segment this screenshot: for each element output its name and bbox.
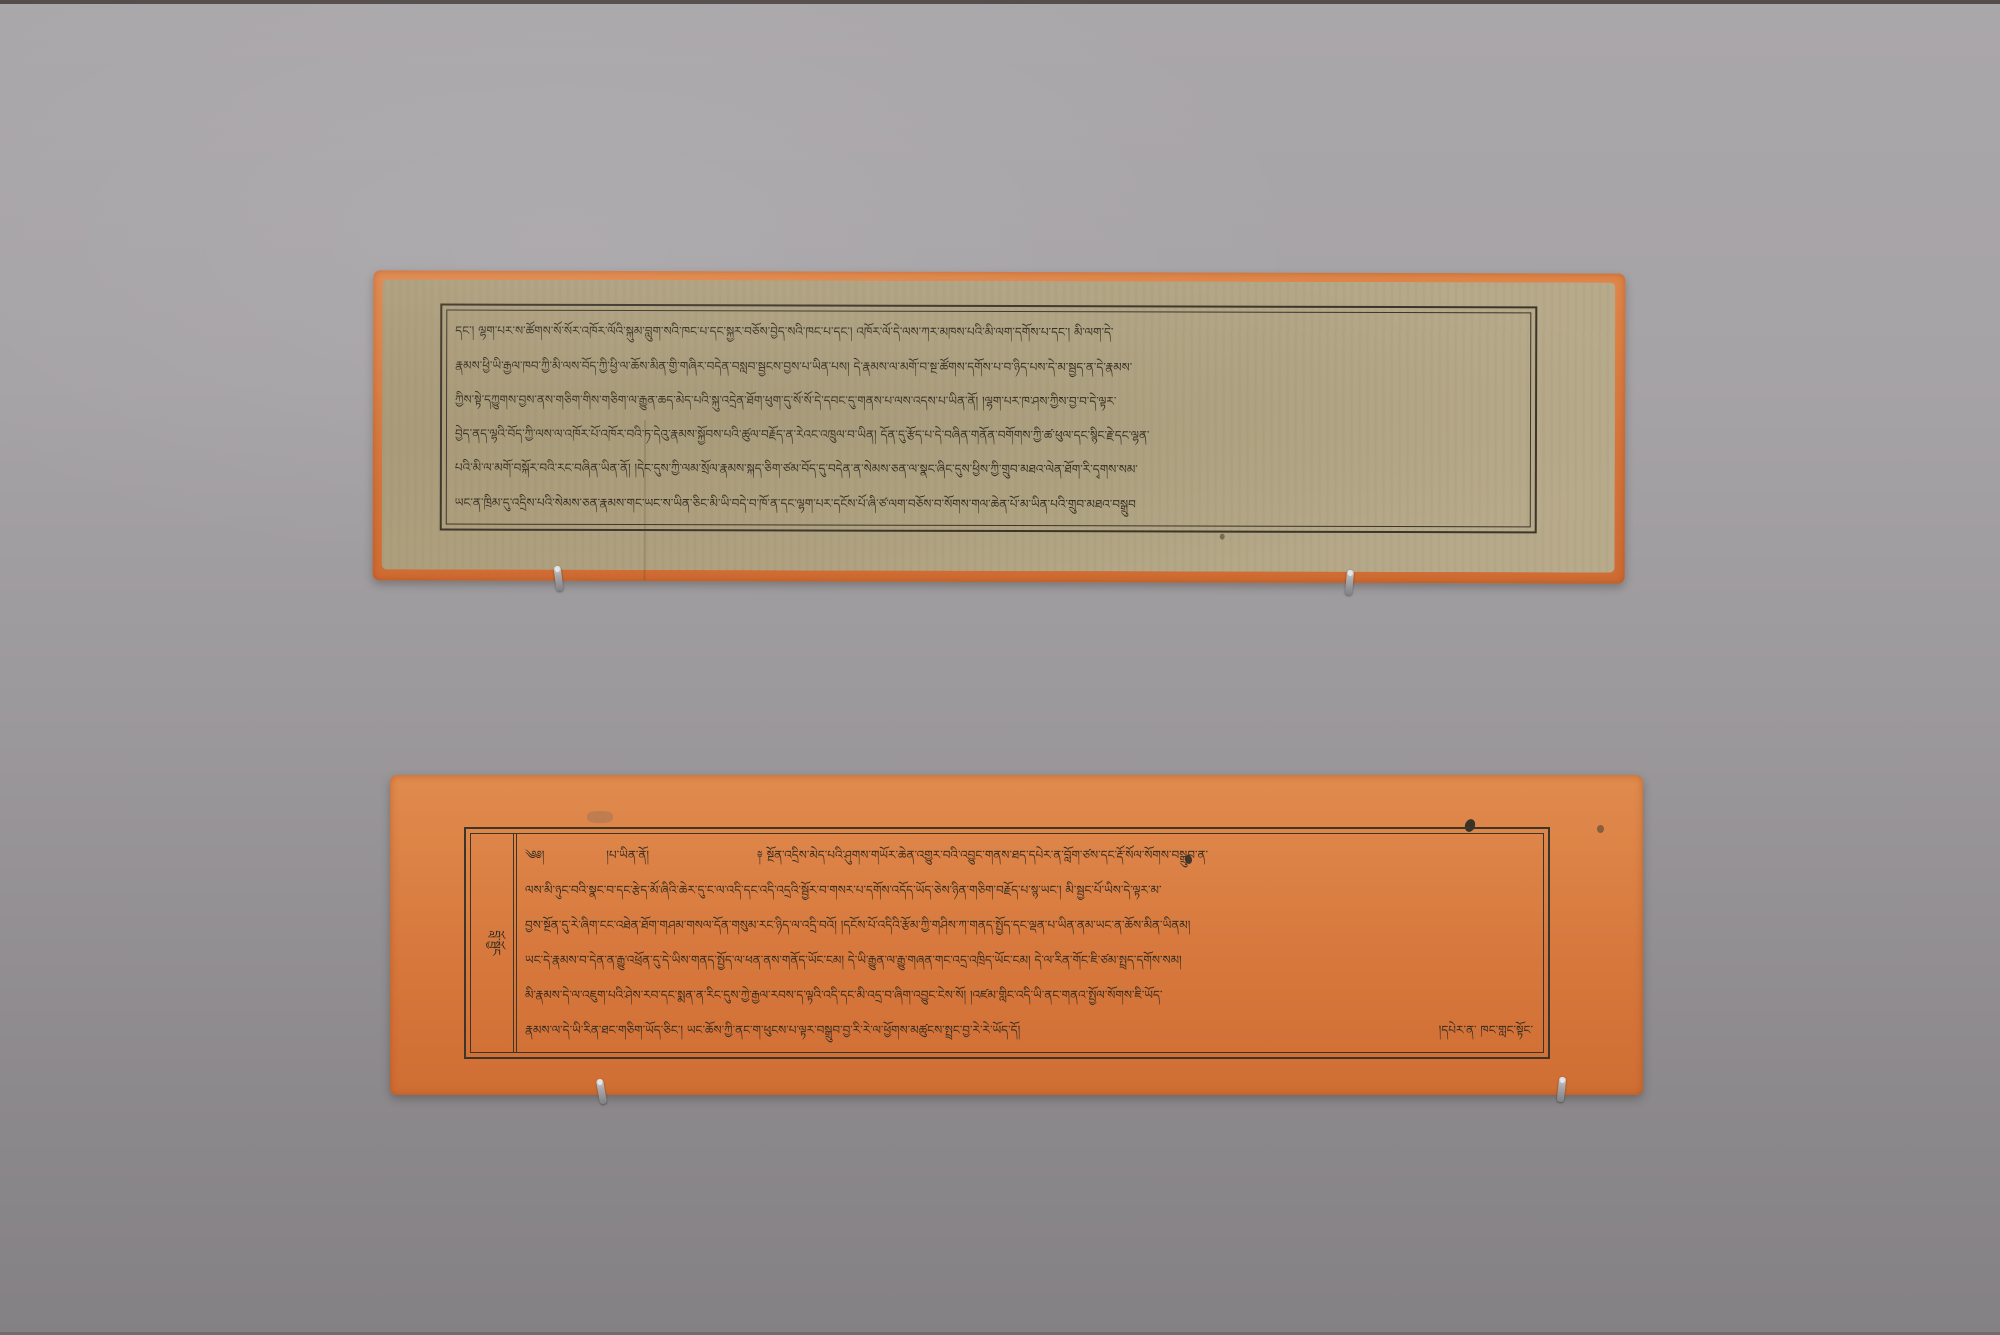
- leaf-bottom-text-block: ༄༅། །པ་ཡིན་ནོ། ༈ སྔོན་འདྲིས་མེད་པའི་ཤུགས…: [517, 834, 1543, 1052]
- leaf-bottom-text-frame: བློ་སྦྱོང ༄༅། །པ་ཡིན་ནོ། ༈ སྔོན་འདྲིས་མེ…: [464, 827, 1550, 1059]
- margin-column: བློ་སྦྱོང: [471, 834, 517, 1052]
- ink-speck: [1220, 534, 1225, 540]
- manuscript-leaf-top: དང་། ལྷག་པར་ས་ཚོགས་སོ་སོར་འཁོར་ལོའི་སྐུམ…: [373, 270, 1626, 583]
- leaf-bottom-paper: བློ་སྦྱོང ༄༅། །པ་ཡིན་ནོ། ༈ སྔོན་འདྲིས་མེ…: [399, 783, 1633, 1085]
- text-line: ལས་མི་ཉུང་བའི་སྣང་བ་དང་རྩེད་མོ་ཞིའི་ཆེར་…: [525, 875, 1535, 906]
- carryover-text: །པ་ཡིན་ནོ།: [606, 848, 649, 862]
- catchword-text: །དཔེར་ན་ ཁང་གླང་སྟོང་: [1439, 1015, 1535, 1046]
- photo-background: [0, 0, 2000, 1335]
- photo-top-edge-line: [0, 0, 2000, 4]
- text-line: ཀྱིས་སྟེ་དཀྱུགས་བྱས་ནས་གཅིག་གིས་གཅིག་ལ་ར…: [455, 384, 1522, 418]
- text-line: བྱས་སྔོན་དུ་རེ་ཞིག་ངང་འཐེན་ཐོག་གཤམ་གསལ་ད…: [525, 910, 1535, 941]
- closing-body-text: རྣམས་ལ་དེ་ཡི་རིན་ཐང་གཅིག་ཡོད་ཅིང་། ཡང་ཆོ…: [525, 1015, 1020, 1046]
- text-line: མི་རྣམས་དེ་ལ་འཇུག་པའི་ཤེས་རབ་དང་སྨན་ན་རི…: [525, 980, 1535, 1011]
- opening-body-text: ༈ སྔོན་འདྲིས་མེད་པའི་ཤུགས་གཡོར་ཆེན་འགྱུར…: [757, 848, 1208, 862]
- ink-stain: [1597, 825, 1604, 833]
- text-line-opening: ༄༅། །པ་ཡིན་ནོ། ༈ སྔོན་འདྲིས་མེད་པའི་ཤུགས…: [525, 840, 1535, 871]
- text-line-closing: རྣམས་ལ་དེ་ཡི་རིན་ཐང་གཅིག་ཡོད་ཅིང་། ཡང་ཆོ…: [525, 1015, 1535, 1046]
- leaf-top-text-frame: དང་། ལྷག་པར་ས་ཚོགས་སོ་སོར་འཁོར་ལོའི་སྐུམ…: [440, 304, 1538, 534]
- text-line: ཡང་ན་ཁྲིམ་དུ་འདྲིས་པའི་སེམས་ཅན་རྣམས་གང་ཡ…: [455, 487, 1522, 521]
- text-line: རྣམས་ཕྱི་ཡི་རྒྱལ་ཁབ་ཀྱི་མི་ལས་བོད་ཀྱི་ཕྱ…: [455, 350, 1522, 384]
- text-line: བྱེད་ནད་ལྷའི་བོད་ཀྱི་ལས་ལ་འཁོར་པོ་འཁོར་བ…: [455, 419, 1522, 453]
- yig-mgo-head-mark: ༄༅།: [525, 848, 544, 862]
- leaf-top-text-frame-inner: དང་། ལྷག་པར་ས་ཚོགས་སོ་སོར་འཁོར་ལོའི་སྐུམ…: [446, 310, 1532, 528]
- text-line: ཡང་དེ་རྣམས་བ་དེན་ན་རྒྱུ་འཕྲོན་དུ་དེ་ཡིས་…: [525, 945, 1535, 976]
- manuscript-leaf-bottom: བློ་སྦྱོང ༄༅། །པ་ཡིན་ནོ། ༈ སྔོན་འདྲིས་མེ…: [390, 775, 1643, 1095]
- leaf-top-text-block: དང་། ལྷག་པར་ས་ཚོགས་སོ་སོར་འཁོར་ལོའི་སྐུམ…: [447, 311, 1531, 527]
- text-line: དང་། ལྷག་པར་ས་ཚོགས་སོ་སོར་འཁོར་ལོའི་སྐུམ…: [455, 316, 1522, 350]
- leaf-top-paper: དང་། ལྷག་པར་ས་ཚོགས་སོ་སོར་འཁོར་ལོའི་སྐུམ…: [382, 279, 1616, 572]
- leaf-bottom-text-frame-inner: བློ་སྦྱོང ༄༅། །པ་ཡིན་ནོ། ༈ སྔོན་འདྲིས་མེ…: [470, 833, 1544, 1053]
- text-line: པའི་མི་ལ་མགོ་བསྐོར་བའི་རང་བཞིན་ཡིན་ནོ། །…: [455, 453, 1522, 487]
- smudge-stain: [587, 811, 613, 823]
- margin-label-vertical: བློ་སྦྱོང: [475, 930, 509, 955]
